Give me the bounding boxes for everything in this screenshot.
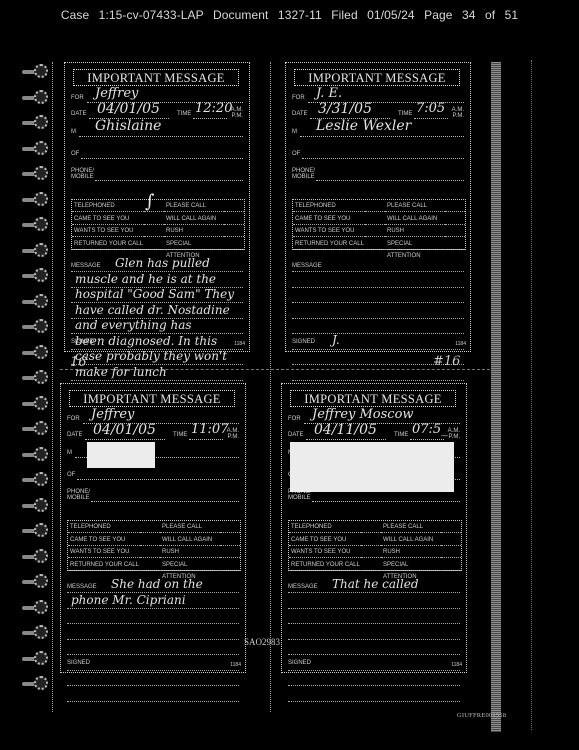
checkbox-label: RUSH: [381, 546, 441, 558]
checkbox[interactable]: [361, 546, 381, 558]
bates-number-center: SAO2983: [244, 637, 280, 647]
message-rule: [292, 333, 464, 334]
form-number: 1184: [234, 342, 245, 347]
message-rule: [292, 380, 464, 381]
for-label: FOR: [67, 416, 80, 423]
spiral-ring: [22, 166, 48, 182]
for-label: FOR: [288, 416, 301, 423]
message-rule: [67, 608, 239, 609]
handwritten-mark-left: 16: [70, 355, 87, 370]
checkbox[interactable]: [361, 534, 381, 546]
spiral-ring: [22, 523, 48, 539]
spiral-ring: [22, 268, 48, 284]
checkbox-label: WILL CALL AGAIN: [385, 213, 445, 225]
signed-value: J.: [332, 333, 340, 347]
for-value: Jeffrey: [95, 86, 138, 101]
phone-row: PHONE/ MOBILE: [292, 163, 464, 181]
from-value: Ghislaine: [95, 118, 161, 134]
time-label: TIME: [177, 111, 191, 118]
message-slip-top-right: IMPORTANT MESSAGE FOR J. E. DATE TIME A.…: [285, 62, 471, 352]
checkbox[interactable]: [445, 225, 465, 237]
message-text-line: have called dr. Nostadine: [75, 303, 230, 317]
spiral-ring: [22, 625, 48, 641]
checkbox[interactable]: [220, 534, 240, 546]
message-rule: [67, 685, 239, 686]
checkbox[interactable]: [140, 559, 160, 571]
message-rule: [67, 639, 239, 640]
pm-label: P.M.: [452, 113, 464, 119]
checkbox-label: SPECIAL ATTENTION: [164, 238, 224, 250]
case-header: Case 1:15-cv-07433-LAP Document 1327-11 …: [0, 8, 579, 22]
mobile-label: MOBILE: [71, 174, 94, 180]
checkbox-label: PLEASE CALL: [385, 200, 445, 212]
message-rule: [292, 302, 464, 303]
of-label: OF: [292, 151, 300, 158]
spiral-ring: [22, 447, 48, 463]
for-value: J. E.: [316, 86, 342, 101]
spiral-ring: [22, 574, 48, 590]
message-slip-top-left: IMPORTANT MESSAGE FOR Jeffrey DATE TIME …: [64, 62, 250, 352]
checkbox-label: WANTS TO SEE YOU: [68, 546, 140, 558]
checkbox-grid: TELEPHONEDPLEASE CALLCAME TO SEE YOUWILL…: [292, 199, 466, 250]
message-text-line: case probably they won't: [75, 349, 227, 363]
checkbox[interactable]: [140, 534, 160, 546]
checkbox-label: RETURNED YOUR CALL: [289, 559, 361, 571]
checkbox-label: CAME TO SEE YOU: [289, 534, 361, 546]
message-text-line: make for lunch: [75, 365, 167, 379]
document-number: Document 1327-11: [213, 8, 322, 22]
pm-label: P.M.: [448, 434, 460, 440]
checkbox[interactable]: [361, 521, 381, 533]
checkbox[interactable]: [220, 521, 240, 533]
message-text-line: phone Mr. Cipriani: [71, 593, 186, 607]
pm-label: P.M.: [231, 113, 243, 119]
message-text-line: muscle and he is at the: [75, 272, 216, 286]
checkbox-label: TELEPHONED: [72, 200, 144, 212]
checkbox[interactable]: [144, 238, 164, 250]
date-label: DATE: [67, 432, 83, 439]
time-label: TIME: [173, 432, 187, 439]
message-text-line: That he called: [332, 577, 419, 591]
spiral-ring: [22, 651, 48, 667]
checkbox-label: TELEPHONED: [289, 521, 361, 533]
message-rule: [288, 701, 460, 702]
checkbox-grid: TELEPHONEDPLEASE CALLCAME TO SEE YOUWILL…: [67, 520, 241, 571]
checkbox[interactable]: [445, 213, 465, 225]
checkbox[interactable]: [361, 559, 381, 571]
message-rule: [292, 349, 464, 350]
checkbox-label: WANTS TO SEE YOU: [289, 546, 361, 558]
binding-spine: [52, 62, 55, 712]
date-value: 04/11/05: [314, 422, 377, 438]
spiral-ring: [22, 549, 48, 565]
message-rule: [292, 271, 464, 272]
message-rule: [67, 654, 239, 655]
perforation-line: [270, 62, 272, 712]
mobile-label: MOBILE: [288, 495, 311, 501]
date-value: 3/31/05: [318, 101, 372, 117]
signed-label: SIGNED: [67, 660, 90, 666]
time-label: TIME: [398, 111, 412, 118]
checkbox-label: SPECIAL ATTENTION: [381, 559, 441, 571]
message-text-line: Glen has pulled: [115, 256, 210, 270]
checkbox[interactable]: [224, 200, 244, 212]
checkbox[interactable]: [140, 546, 160, 558]
spiral-ring: [22, 115, 48, 131]
message-rule: [288, 623, 460, 624]
slip-title: IMPORTANT MESSAGE: [290, 390, 456, 407]
handwritten-mark-right: #16: [433, 354, 460, 369]
bates-number-bottom: GIUFFRE001558: [457, 712, 506, 719]
message-slip-bottom-left: IMPORTANT MESSAGE FOR Jeffrey DATE TIME …: [60, 383, 246, 673]
message-text-line: She had on the: [111, 577, 203, 591]
m-label: M: [67, 450, 72, 457]
date-value: 04/01/05: [97, 101, 160, 117]
checkbox[interactable]: [144, 213, 164, 225]
checkbox[interactable]: [365, 238, 385, 250]
spiral-ring: [22, 64, 48, 80]
spiral-ring: [22, 498, 48, 514]
signed-label: SIGNED: [292, 339, 315, 345]
checkbox-label: CAME TO SEE YOU: [68, 534, 140, 546]
page-indicator: Page 34 of 51: [424, 8, 518, 22]
checkbox-label: RETURNED YOUR CALL: [72, 238, 144, 250]
message-rule: [292, 287, 464, 288]
checkbox[interactable]: [224, 238, 244, 250]
message-rule: [67, 701, 239, 702]
checkbox[interactable]: [441, 534, 461, 546]
checkbox[interactable]: [220, 559, 240, 571]
signed-label: SIGNED: [71, 339, 94, 345]
checkbox-label: RUSH: [160, 546, 220, 558]
checkbox[interactable]: [365, 225, 385, 237]
scan-edge-line: [531, 60, 533, 730]
checkbox-label: RETURNED YOUR CALL: [68, 559, 140, 571]
date-value: 04/01/05: [93, 422, 156, 438]
message-area: She had on thephone Mr. Cipriani: [67, 580, 239, 660]
checkbox[interactable]: [441, 521, 461, 533]
from-value: Leslie Wexler: [316, 118, 411, 134]
slip-title: IMPORTANT MESSAGE: [294, 69, 460, 86]
slip-title: IMPORTANT MESSAGE: [73, 69, 239, 86]
of-label: OF: [67, 472, 75, 479]
checkbox[interactable]: [445, 200, 465, 212]
date-label: DATE: [288, 432, 304, 439]
spiral-ring: [22, 243, 48, 259]
checkbox-label: PLEASE CALL: [381, 521, 441, 533]
checkbox[interactable]: [365, 213, 385, 225]
message-area: That he called: [288, 580, 460, 660]
message-text-line: and everything has: [75, 318, 192, 332]
of-row: OF: [71, 147, 243, 159]
message-rule: [288, 592, 460, 593]
checkbox[interactable]: [144, 225, 164, 237]
spiral-ring: [22, 294, 48, 310]
mobile-label: MOBILE: [292, 174, 315, 180]
spiral-binding: [18, 64, 56, 714]
message-rule: [288, 670, 460, 671]
checkbox-label: RUSH: [385, 225, 445, 237]
redaction-box: [87, 442, 155, 468]
signed-label: SIGNED: [288, 660, 311, 666]
time-value: 12:20: [195, 101, 232, 116]
for-value: Jeffrey: [91, 407, 134, 422]
time-label: TIME: [394, 432, 408, 439]
spiral-ring: [22, 600, 48, 616]
spiral-ring: [22, 319, 48, 335]
checkbox-label: RETURNED YOUR CALL: [293, 238, 365, 250]
phone-row: PHONE/ MOBILE: [67, 484, 239, 502]
m-label: M: [292, 129, 297, 136]
spiral-ring: [22, 421, 48, 437]
message-area: [292, 259, 464, 339]
message-rule: [288, 654, 460, 655]
time-value: 11:07: [191, 422, 228, 437]
spiral-ring: [22, 396, 48, 412]
phone-row: PHONE/ MOBILE: [71, 163, 243, 181]
m-label: M: [71, 129, 76, 136]
spiral-ring: [22, 676, 48, 692]
filed-date: Filed 01/05/24: [331, 8, 414, 22]
checkbox-label: TELEPHONED: [68, 521, 140, 533]
message-area: Glen has pulledmuscle and he is at theho…: [71, 259, 243, 339]
checkbox[interactable]: [140, 521, 160, 533]
checkbox-grid: TELEPHONEDPLEASE CALLCAME TO SEE YOUWILL…: [71, 199, 245, 250]
for-value: Jeffrey Moscow: [312, 407, 414, 422]
message-rule: [288, 639, 460, 640]
checkbox[interactable]: [220, 546, 240, 558]
mobile-label: MOBILE: [67, 495, 90, 501]
spiral-ring: [22, 472, 48, 488]
checkbox[interactable]: [441, 546, 461, 558]
form-number: 1184: [455, 342, 466, 347]
spiral-ring: [22, 217, 48, 233]
message-rule: [67, 670, 239, 671]
of-row: OF: [292, 147, 464, 159]
spiral-ring: [22, 345, 48, 361]
checkbox-label: SPECIAL ATTENTION: [385, 238, 445, 250]
spiral-ring: [22, 370, 48, 386]
message-rule: [288, 685, 460, 686]
form-number: 1184: [451, 663, 462, 668]
case-number: Case 1:15-cv-07433-LAP: [61, 8, 204, 22]
slip-title: IMPORTANT MESSAGE: [69, 390, 235, 407]
message-text-line: been diagnosed. In this: [75, 334, 217, 348]
redaction-box: [290, 442, 454, 492]
checkbox[interactable]: [441, 559, 461, 571]
checkbox[interactable]: [445, 238, 465, 250]
checkbox-label: WANTS TO SEE YOU: [293, 225, 365, 237]
checkbox-label: PLEASE CALL: [164, 200, 224, 212]
message-text-line: hospital "Good Sam" They: [75, 287, 234, 301]
page-edge: [491, 62, 501, 732]
time-value: 7:05: [416, 101, 445, 116]
message-rule: [71, 380, 243, 381]
pm-label: P.M.: [227, 434, 239, 440]
message-rule: [67, 623, 239, 624]
message-rule: [288, 608, 460, 609]
time-value: 07:5_: [412, 422, 448, 437]
spiral-ring: [22, 141, 48, 157]
spiral-ring: [22, 90, 48, 106]
spiral-ring: [22, 192, 48, 208]
message-slip-bottom-right: IMPORTANT MESSAGE FOR Jeffrey Moscow DAT…: [281, 383, 467, 673]
checkbox-label: WILL CALL AGAIN: [164, 213, 224, 225]
of-row: OF: [67, 468, 239, 480]
check-mark: ∫: [145, 191, 154, 212]
checkbox-label: SPECIAL ATTENTION: [160, 559, 220, 571]
checkbox[interactable]: [224, 225, 244, 237]
checkbox-label: CAME TO SEE YOU: [293, 213, 365, 225]
checkbox-label: RUSH: [164, 225, 224, 237]
checkbox-grid: TELEPHONEDPLEASE CALLCAME TO SEE YOUWILL…: [288, 520, 462, 571]
for-label: FOR: [292, 95, 305, 102]
date-label: DATE: [292, 111, 308, 118]
message-rule: [292, 318, 464, 319]
of-label: OF: [71, 151, 79, 158]
checkbox-label: WILL CALL AGAIN: [160, 534, 220, 546]
checkbox[interactable]: [365, 200, 385, 212]
checkbox-label: PLEASE CALL: [160, 521, 220, 533]
checkbox-label: WANTS TO SEE YOU: [72, 225, 144, 237]
checkbox-label: WILL CALL AGAIN: [381, 534, 441, 546]
for-label: FOR: [71, 95, 84, 102]
date-label: DATE: [71, 111, 87, 118]
checkbox-label: TELEPHONED: [293, 200, 365, 212]
checkbox-label: CAME TO SEE YOU: [72, 213, 144, 225]
form-number: 1184: [230, 663, 241, 668]
checkbox[interactable]: [224, 213, 244, 225]
